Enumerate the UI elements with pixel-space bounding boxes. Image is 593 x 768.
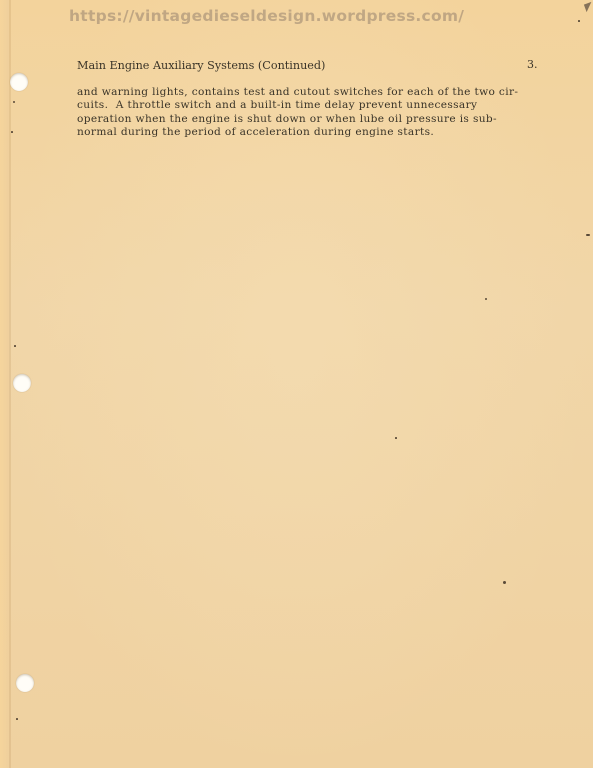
paper-speck <box>11 131 13 133</box>
page-edge-band <box>0 0 9 768</box>
page-number: 3. <box>527 58 538 71</box>
punch-hole-top <box>10 73 28 91</box>
paper-speck <box>14 345 16 347</box>
page-edge-shadow <box>9 0 11 768</box>
body-line: and warning lights, contains test and cu… <box>77 86 537 99</box>
paper-speck <box>485 298 487 300</box>
punch-hole-bottom <box>16 674 34 692</box>
body-paragraph: and warning lights, contains test and cu… <box>77 86 537 140</box>
punch-hole-middle <box>13 374 31 392</box>
scanned-page: https://vintagedieseldesign.wordpress.co… <box>0 0 593 768</box>
corner-mark-icon <box>584 2 593 12</box>
paper-speck <box>16 718 18 720</box>
watermark-url: https://vintagedieseldesign.wordpress.co… <box>69 7 464 25</box>
paper-speck <box>586 234 590 236</box>
section-header: Main Engine Auxiliary Systems (Continued… <box>77 59 325 72</box>
paper-speck <box>578 20 580 22</box>
paper-speck <box>395 437 397 439</box>
paper-speck <box>503 581 506 584</box>
body-line: operation when the engine is shut down o… <box>77 113 537 126</box>
paper-speck <box>13 101 15 103</box>
body-line: cuits. A throttle switch and a built-in … <box>77 99 537 112</box>
body-line: normal during the period of acceleration… <box>77 126 537 139</box>
